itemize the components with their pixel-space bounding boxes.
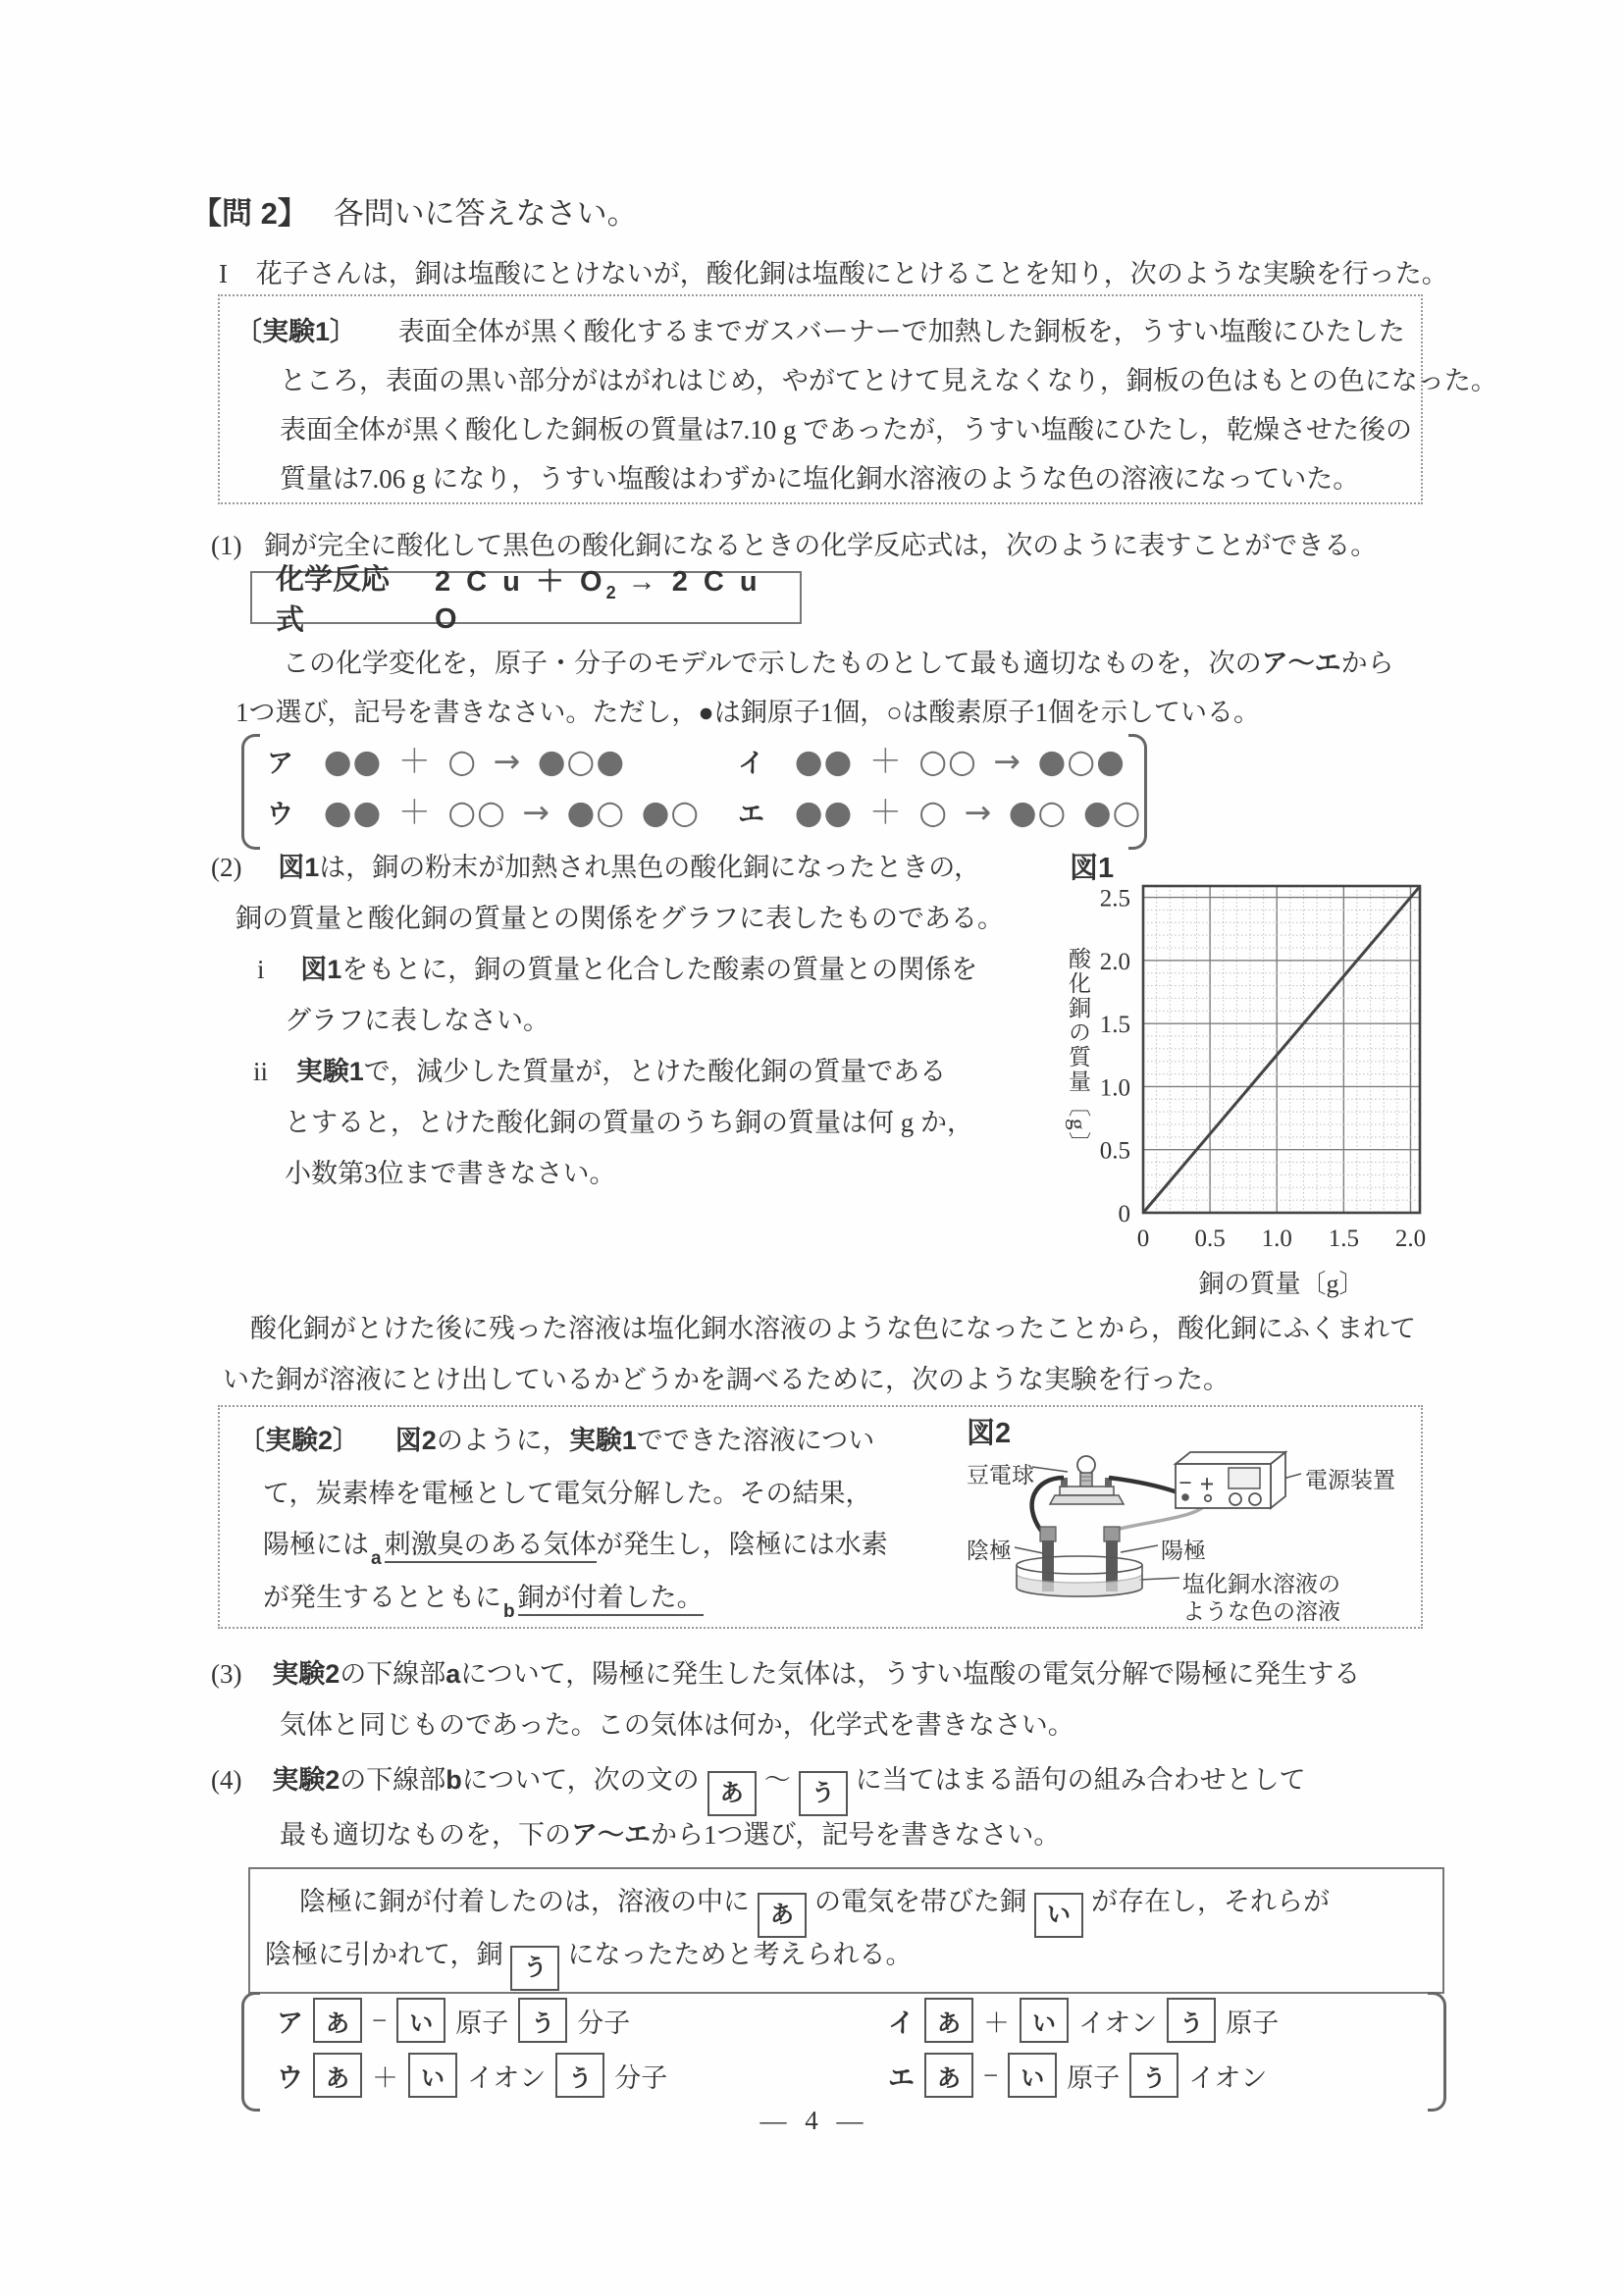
q4-option-i-word2: 原子 [1226,2002,1279,2040]
equation-box: 化学反応式 2 C u ＋ O2 → 2 C u O [250,571,802,624]
q4-option-e-sign: − [983,2061,998,2091]
option-i-model: ●● ＋ ○○ → ●○● [795,742,1126,780]
q4-option-a-box3: う [518,1998,567,2043]
q2-i-fig1-ref: 図1 [300,955,341,984]
q4-option-a-row: ア あ − い 原子 う 分子 [277,1998,630,2043]
q4-option-u-box2: い [408,2053,457,2098]
q4-option-a-sign: − [372,2006,387,2036]
q2-ii-line3: 小数第3位まで書きなさい。 [285,1156,616,1191]
q3-exp2-ref: 実験2 [272,1659,340,1689]
cathode-pointer-line [1015,1547,1043,1553]
q4-option-a-box2: い [396,1998,445,2043]
q2-ii-line1: ii 実験1で，減少した質量が，とけた酸化銅の質量である [253,1054,946,1089]
experiment1-line1: 〔実験1〕 表面全体が黒く酸化するまでガスバーナーで加熱した銅板を，うすい塩酸に… [236,314,1405,349]
option-a-model: ●● ＋ ○ → ●○● [324,742,625,780]
q1-para1: この化学変化を，原子・分子のモデルで示したものとして最も適切なものを，次のア～エ… [283,646,1394,681]
eq-arrow: → [628,566,660,598]
q1-text: 銅が完全に酸化して黒色の酸化銅になるときの化学反応式は，次のように表すことができ… [264,531,1377,560]
underlined-gas-text: 刺激臭のある気体 [385,1530,597,1563]
q4-line2: 最も適切なものを，下のア～エから1つ選び，記号を書きなさい。 [280,1817,1060,1852]
underlined-copper-text: 銅が付着した。 [518,1583,704,1616]
option-e-label: エ [738,800,764,829]
q4-option-u-box1: あ [313,2053,362,2098]
q4-option-e-word1: 原子 [1067,2057,1120,2095]
q4-option-i-word1: イオン [1078,2002,1157,2040]
option-a-label: ア [267,749,293,778]
option-e-row: エ ●● ＋ ○ → ●○ ●○ [738,795,1141,832]
option-u-label: ウ [267,800,293,829]
q4-option-i-box2: い [1020,1998,1069,2043]
middle-para-line2: いた銅が溶液にとけ出しているかどうかを調べるために，次のような実験を行った。 [223,1362,1230,1397]
svg-text:0.5: 0.5 [1194,1226,1225,1252]
option-u-row: ウ ●● ＋ ○○ → ●○ ●○ [267,795,700,832]
statement-line1-a: 陰極に銅が付着したのは，溶液の中に [299,1887,750,1916]
q2-ii-line2: とすると，とけた酸化銅の質量のうち銅の質量は何 g か， [285,1105,973,1140]
statement-box-a: あ [758,1893,807,1938]
q4-option-u-box3: う [555,2053,604,2098]
statement-box-u: う [510,1946,559,1991]
options1-left-bracket-icon [241,734,260,850]
q4-line1-b: の下線部 [340,1765,445,1795]
option-i-label: イ [738,749,764,778]
power-plus-terminal-label: + [1200,1470,1215,1498]
eq-reactant1: 2 C u [435,566,524,598]
q4-option-u-sign: ＋ [372,2057,398,2095]
q2-line2: 銅の質量と酸化銅の質量との関係をグラフに表したものである。 [236,901,1004,936]
q4-option-e-box3: う [1129,2053,1178,2098]
q4-option-u-row: ウ あ ＋ い イオン う 分子 [277,2053,667,2098]
statement-line1-b: の電気を帯びた銅 [814,1887,1026,1916]
q2-i-line1: i 図1をもとに，銅の質量と化合した酸素の質量との関係を [257,952,977,987]
middle-para-line1: 酸化銅がとけた後に残った溶液は塩化銅水溶液のような色になったことから，酸化銅にふ… [250,1311,1416,1346]
bulb-label: 豆電球 [967,1457,1034,1489]
svg-text:0.5: 0.5 [1100,1138,1130,1165]
options4-right-bracket-icon [1428,1992,1446,2112]
q2-line1-text: は，銅の粉末が加熱され黒色の酸化銅になったときの， [319,853,980,882]
experiment2-line3-b: が発生し，陰極には水素 [597,1530,888,1559]
experiment2-line2: て，炭素棒を電極として電気分解した。その結果， [263,1476,871,1511]
statement-line2-b: になったためと考えられる。 [567,1940,912,1969]
q4-option-i-sign: ＋ [983,2002,1010,2040]
power-supply-icon: − + [1176,1452,1285,1508]
statement-box-i: い [1034,1893,1083,1938]
section-roman-numeral: I [219,259,228,288]
cathode-label: 陰極 [967,1533,1012,1565]
option-i-row: イ ●● ＋ ○○ → ●○● [738,744,1126,781]
q4-option-u-label: ウ [277,2057,303,2095]
blank-box-u: う [799,1771,848,1816]
experiment1-line3: 表面全体が黒く酸化した銅板の質量は7.10 g であったが，うすい塩酸にひたし，… [280,412,1412,447]
power-minus-terminal-label: − [1178,1471,1192,1496]
q3-line1: (3) 実験2の下線部aについて，陽極に発生した気体は，うすい塩酸の電気分解で陽… [211,1656,1360,1692]
eq-oxygen-subscript: 2 [606,583,616,602]
svg-text:0: 0 [1137,1226,1150,1252]
q4-option-i-label: イ [888,2002,915,2040]
option-a-row: ア ●● ＋ ○ → ●○● [267,744,625,781]
q2-number: (2) [211,853,241,882]
q1-number: (1) [211,531,241,560]
svg-text:2.5: 2.5 [1100,886,1130,913]
underline-a-marker: a [371,1548,382,1569]
figure1-y-axis-label: 酸化銅の質量〔g〕 [1062,947,1094,1157]
q4-option-e-box2: い [1008,2053,1057,2098]
q4-option-i-box3: う [1167,1998,1216,2043]
experiment1-label: 〔実験1〕 [236,317,356,346]
q4-line1-e: に当てはまる語句の組み合わせとして [856,1765,1306,1795]
experiment2-line3-a: 陽極には [263,1530,369,1559]
q2-ii-line1-text: で，減少した質量が，とけた酸化銅の質量である [364,1057,946,1086]
exam-page: 【問 2】 各問いに答えなさい。 I 花子さんは，銅は塩酸にとけないが，酸化銅は… [0,0,1623,2296]
q2-line1: (2) 図1は，銅の粉末が加熱され黒色の酸化銅になったときの， [211,850,980,885]
q4-line1: (4) 実験2の下線部bについて，次の文のあ～うに当てはまる語句の組み合わせとし… [211,1762,1306,1816]
underline-b-marker: b [503,1601,515,1622]
question-number-tag: 【問 2】 [191,196,308,231]
svg-text:2.0: 2.0 [1100,949,1130,975]
wire-bulb-to-power [1109,1478,1183,1494]
experiment2-line1-d: でできた溶液につい [637,1426,874,1455]
statement-line2: 陰極に引かれて，銅うになったためと考えられる。 [265,1937,912,1991]
section-intro-text: 花子さんは，銅は塩酸にとけないが，酸化銅は塩酸にとけることを知り，次のような実験… [256,259,1448,288]
q3-line1-d: について，陽極に発生した気体は，うすい塩酸の電気分解で陽極に発生する [460,1659,1360,1689]
option-e-model: ●● ＋ ○ → ●○ ●○ [795,793,1142,831]
q2-i-line2: グラフに表しなさい。 [285,1003,550,1038]
q4-number: (4) [211,1765,241,1795]
q3-underline-a-ref: a [445,1659,460,1689]
experiment2-label: 〔実験2〕 [238,1426,359,1455]
q3-number: (3) [211,1659,241,1689]
figure1-chart: 00.51.01.52.000.51.01.52.02.5 [1040,844,1452,1305]
anode-pointer-line [1121,1545,1158,1552]
experiment2-line4-a: が発生するとともに [263,1583,501,1612]
experiment1-line1-text: 表面全体が黒く酸化するまでガスバーナーで加熱した銅板を，うすい塩酸にひたした [398,317,1405,346]
q1-para2: 1つ選び，記号を書きなさい。ただし，●は銅原子1個，○は酸素原子1個を示している… [236,695,1260,730]
question-header: 【問 2】 各問いに答えなさい。 [191,196,638,232]
option-u-model: ●● ＋ ○○ → ●○ ●○ [324,793,700,831]
experiment2-fig2-ref: 図2 [395,1426,437,1455]
experiment2-exp1-ref: 実験1 [569,1426,637,1455]
solution-pointer-line [1139,1578,1179,1580]
q4-option-i-row: イ あ ＋ い イオン う 原子 [888,1998,1279,2043]
equation-label: 化学反応式 [276,557,409,638]
chemical-equation: 2 C u ＋ O2 → 2 C u O [435,559,776,636]
options4-left-bracket-icon [241,1992,260,2112]
q1-para1-c: から [1341,649,1394,678]
question-header-text: 各問いに答えなさい。 [334,196,638,231]
q4-option-a-word2: 分子 [577,2002,630,2040]
options1-right-bracket-icon [1128,734,1147,850]
q4-option-a-label: ア [277,2002,303,2040]
q2-i-number: i [257,955,265,984]
eq-oxygen: O [580,566,606,598]
q4-option-u-word1: イオン [467,2057,546,2095]
q4-option-e-box1: あ [924,2053,973,2098]
svg-text:1.5: 1.5 [1329,1226,1359,1252]
q4-underline-b-ref: b [445,1765,462,1795]
statement-line1: 陰極に銅が付着したのは，溶液の中にあの電気を帯びた銅いが存在し，それらが [299,1884,1330,1938]
statement-line1-c: が存在し，それらが [1091,1887,1330,1916]
q4-option-e-row: エ あ − い 原子 う イオン [888,2053,1267,2098]
q4-line2-a: 最も適切なものを，下の [280,1820,571,1850]
q3-line2: 気体と同じものであった。この気体は何か，化学式を書きなさい。 [280,1707,1074,1743]
q4-option-i-box1: あ [924,1998,973,2043]
svg-text:1.0: 1.0 [1262,1226,1292,1252]
q2-i-line1-text: をもとに，銅の質量と化合した酸素の質量との関係を [341,955,977,984]
q2-ii-exp1-ref: 実験1 [296,1057,364,1086]
q4-tilde: ～ [764,1765,791,1795]
q4-line1-d: について，次の文の [462,1765,700,1795]
section-intro: I 花子さんは，銅は塩酸にとけないが，酸化銅は塩酸にとけることを知り，次のような… [219,256,1448,291]
q4-exp2-ref: 実験2 [272,1765,340,1795]
q4-option-a-word1: 原子 [455,2002,508,2040]
q4-option-u-word2: 分子 [614,2057,667,2095]
page-number: — 4 — [687,2106,942,2136]
experiment1-line2: ところ，表面の黒い部分がはがれはじめ，やがてとけて見えなくなり，銅板の色はもとの… [280,363,1497,398]
experiment2-line4: が発生するとともにb銅が付着した。 [263,1580,704,1630]
experiment2-line1-b: のように， [437,1426,569,1455]
svg-text:1.5: 1.5 [1100,1012,1130,1038]
q4-option-a-box1: あ [313,1998,362,2043]
q1-para1-a: この化学変化を，原子・分子のモデルで示したものとして最も適切なものを，次の [283,649,1262,678]
solution-label-line2: ような色の溶液 [1182,1593,1340,1626]
svg-text:2.0: 2.0 [1395,1226,1426,1252]
q1-para1-choices: ア～エ [1262,649,1341,678]
experiment2-line1: 〔実験2〕 図2のように，実験1でできた溶液につい [238,1423,874,1458]
experiment1-line4: 質量は7.06 g になり，うすい塩酸はわずかに塩化銅水溶液のような色の溶液にな… [280,461,1359,496]
q4-line2-choices: ア～エ [571,1820,651,1850]
anode-label: 陽極 [1161,1533,1206,1565]
dish-icon [1017,1556,1142,1596]
q4-option-e-word2: イオン [1188,2057,1267,2095]
eq-plus: ＋ [536,566,568,598]
figure1-x-axis-label: 銅の質量〔g〕 [1143,1264,1420,1300]
bulb-pointer-line [1032,1467,1068,1472]
power-supply-label: 電源装置 [1305,1462,1395,1494]
blank-box-a: あ [707,1771,757,1816]
statement-line2-a: 陰極に引かれて，銅 [265,1940,502,1969]
q4-line2-c: から1つ選び，記号を書きなさい。 [651,1820,1060,1850]
svg-text:1.0: 1.0 [1100,1074,1130,1101]
q2-fig1-ref: 図1 [278,853,319,882]
q2-ii-number: ii [253,1057,268,1086]
experiment2-line3: 陽極にはa刺激臭のある気体が発生し，陰極には水素 [263,1527,888,1577]
q3-line1-b: の下線部 [340,1659,445,1689]
q4-option-e-label: エ [888,2057,915,2095]
svg-text:0: 0 [1119,1201,1131,1227]
